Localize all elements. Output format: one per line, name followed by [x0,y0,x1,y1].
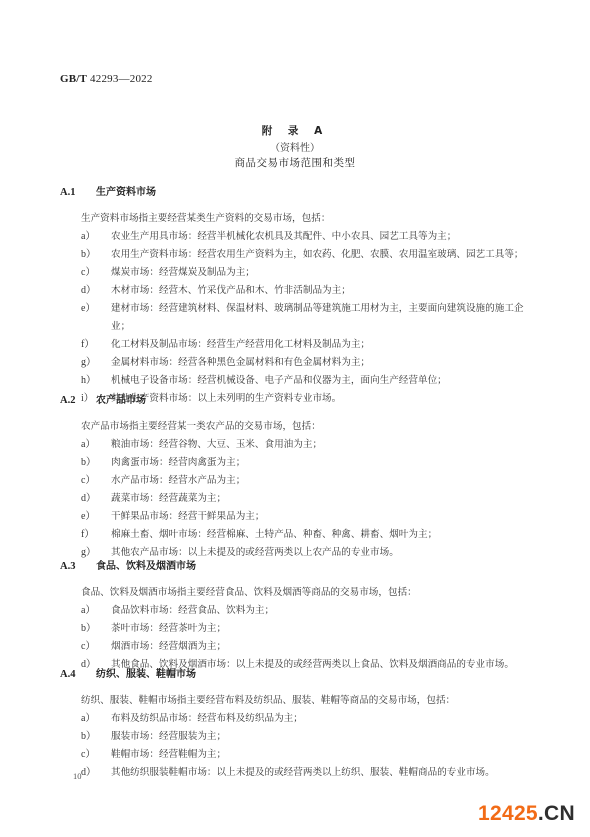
appendix-title: 附 录 A [0,123,590,138]
section-title: 生产资料市场 [96,187,156,198]
item-text: 服装市场：经营服装为主； [111,728,540,746]
list-item: c）水产品市场：经营水产品为主； [81,472,540,490]
item-label: c） [81,638,111,656]
item-text: 化工材料及制品市场：经营生产经营用化工材料及制品为主； [111,336,540,354]
item-text: 机械电子设备市场：经营机械设备、电子产品和仪器为主，面向生产经营单位； [111,372,540,390]
item-text: 农用生产资料市场：经营农用生产资料为主，如农药、化肥、农膜、农用温室玻璃、园艺工… [111,246,540,264]
item-text: 粮油市场：经营谷物、大豆、玉米、食用油为主； [111,436,540,454]
item-text: 食品饮料市场：经营食品、饮料为主； [111,602,540,620]
item-label: a） [81,436,111,454]
appendix-name: 商品交易市场范围和类型 [0,155,590,170]
item-text: 布料及纺织品市场：经营布料及纺织品为主； [111,710,540,728]
section-number: A.3 [60,560,96,574]
list-item: a）食品饮料市场：经营食品、饮料为主； [81,602,540,620]
section-number: A.1 [60,186,96,200]
item-text: 干鲜果品市场：经营干鲜果品为主； [111,508,540,526]
item-label: b） [81,246,111,264]
item-text: 其他纺织服装鞋帽市场：以上未提及的或经营两类以上纺织、服装、鞋帽商品的专业市场。 [111,764,540,782]
item-label: b） [81,728,111,746]
item-text: 鞋帽市场：经营鞋帽为主； [111,746,540,764]
item-label: g） [81,354,111,372]
section-title: 农产品市场 [96,395,146,406]
section-heading: A.1生产资料市场 [60,186,540,200]
item-text: 建材市场：经营建筑材料、保温材料、玻璃制品等建筑施工用材为主，主要面向建筑设施的… [111,300,540,336]
list-item: c）煤炭市场：经营煤炭及制品为主； [81,264,540,282]
section-intro: 生产资料市场指主要经营某类生产资料的交易市场，包括： [81,210,540,228]
item-text: 茶叶市场：经营茶叶为主； [111,620,540,638]
list-item: b）肉禽蛋市场：经营肉禽蛋为主； [81,454,540,472]
section-a3: A.3食品、饮料及烟酒市场 食品、饮料及烟酒市场指主要经营食品、饮料及烟酒等商品… [60,560,540,674]
list-item: c）鞋帽市场：经营鞋帽为主； [81,746,540,764]
watermark-number: 12425 [478,802,538,825]
list-item: a）布料及纺织品市场：经营布料及纺织品为主； [81,710,540,728]
watermark-domain: .CN [538,802,575,825]
item-label: d） [81,764,111,782]
item-label: a） [81,228,111,246]
appendix-nature: （资料性） [0,139,590,154]
section-title: 纺织、服装、鞋帽市场 [96,669,196,680]
list-item: f）化工材料及制品市场：经营生产经营用化工材料及制品为主； [81,336,540,354]
item-text: 煤炭市场：经营煤炭及制品为主； [111,264,540,282]
section-heading: A.2农产品市场 [60,394,540,408]
item-label: b） [81,454,111,472]
list-item: f）棉麻土畜、烟叶市场：经营棉麻、土特产品、种畜、种禽、耕畜、烟叶为主； [81,526,540,544]
section-intro: 农产品市场指主要经营某一类农产品的交易市场，包括： [81,418,540,436]
section-a2: A.2农产品市场 农产品市场指主要经营某一类农产品的交易市场，包括： a）粮油市… [60,394,540,562]
section-a1: A.1生产资料市场 生产资料市场指主要经营某类生产资料的交易市场，包括： a）农… [60,186,540,408]
section-title: 食品、饮料及烟酒市场 [96,561,196,572]
list-item: c）烟酒市场：经营烟酒为主； [81,638,540,656]
item-text: 金属材料市场：经营各种黑色金属材料和有色金属材料为主； [111,354,540,372]
standard-number: 42293—2022 [90,73,153,85]
section-intro: 食品、饮料及烟酒市场指主要经营食品、饮料及烟酒等商品的交易市场，包括： [81,584,540,602]
list-item: a）粮油市场：经营谷物、大豆、玉米、食用油为主； [81,436,540,454]
item-label: a） [81,602,111,620]
item-label: d） [81,490,111,508]
item-label: f） [81,336,111,354]
item-label: d） [81,282,111,300]
list-item: g）金属材料市场：经营各种黑色金属材料和有色金属材料为主； [81,354,540,372]
item-label: b） [81,620,111,638]
page-number: 10 [73,771,82,781]
item-label: c） [81,264,111,282]
item-text: 烟酒市场：经营烟酒为主； [111,638,540,656]
list-item: d）蔬菜市场：经营蔬菜为主； [81,490,540,508]
item-label: c） [81,472,111,490]
section-number: A.4 [60,668,96,682]
list-item: a）农业生产用具市场：经营半机械化农机具及其配件、中小农具、园艺工具等为主； [81,228,540,246]
item-text: 木材市场：经营木、竹采伐产品和木、竹非活制品为主； [111,282,540,300]
standard-identifier: GB/T 42293—2022 [60,73,153,85]
list-item: b）服装市场：经营服装为主； [81,728,540,746]
standard-prefix: GB/T [60,73,87,85]
section-heading: A.4纺织、服装、鞋帽市场 [60,668,540,682]
section-number: A.2 [60,394,96,408]
list-item: e）干鲜果品市场：经营干鲜果品为主； [81,508,540,526]
section-heading: A.3食品、饮料及烟酒市场 [60,560,540,574]
site-watermark: 12425.CN [478,802,575,826]
list-item: b）农用生产资料市场：经营农用生产资料为主，如农药、化肥、农膜、农用温室玻璃、园… [81,246,540,264]
list-item: e）建材市场：经营建筑材料、保温材料、玻璃制品等建筑施工用材为主，主要面向建筑设… [81,300,540,336]
item-label: f） [81,526,111,544]
item-text: 水产品市场：经营水产品为主； [111,472,540,490]
list-item: d）木材市场：经营木、竹采伐产品和木、竹非活制品为主； [81,282,540,300]
item-text: 棉麻土畜、烟叶市场：经营棉麻、土特产品、种畜、种禽、耕畜、烟叶为主； [111,526,540,544]
section-intro: 纺织、服装、鞋帽市场指主要经营布料及纺织品、服装、鞋帽等商品的交易市场，包括： [81,692,540,710]
list-item: b）茶叶市场：经营茶叶为主； [81,620,540,638]
item-label: e） [81,508,111,526]
list-item: h）机械电子设备市场：经营机械设备、电子产品和仪器为主，面向生产经营单位； [81,372,540,390]
section-a4: A.4纺织、服装、鞋帽市场 纺织、服装、鞋帽市场指主要经营布料及纺织品、服装、鞋… [60,668,540,782]
item-label: a） [81,710,111,728]
item-text: 蔬菜市场：经营蔬菜为主； [111,490,540,508]
list-item: d）其他纺织服装鞋帽市场：以上未提及的或经营两类以上纺织、服装、鞋帽商品的专业市… [81,764,540,782]
item-label: h） [81,372,111,390]
item-text: 农业生产用具市场：经营半机械化农机具及其配件、中小农具、园艺工具等为主； [111,228,540,246]
item-text: 肉禽蛋市场：经营肉禽蛋为主； [111,454,540,472]
item-label: c） [81,746,111,764]
item-label: e） [81,300,111,336]
